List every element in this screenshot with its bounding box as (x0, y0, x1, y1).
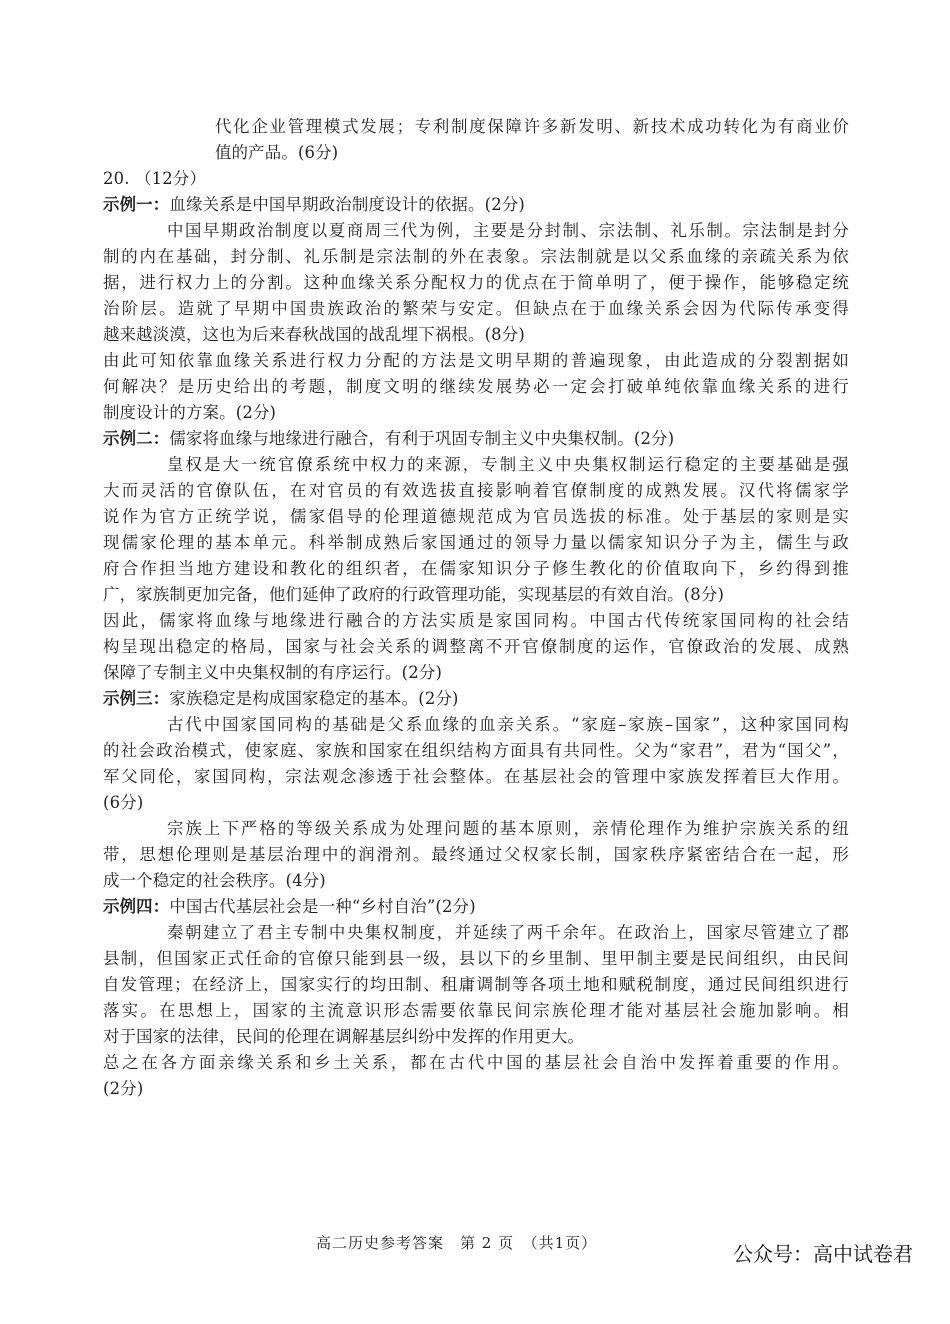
paragraph-line: 宗族上下严格的等级关系成为处理问题的基本原则，亲情伦理作为维护宗族关系的纽 (103, 816, 849, 842)
example-1-thesis: 示例一：血缘关系是中国早期政治制度设计的依据。(2分) (103, 192, 849, 218)
question-number: 20. （12分） (103, 166, 849, 192)
paragraph-line: 落实。在思想上，国家的主流意识形态需要依靠民间宗族伦理才能对基层社会施加影响。相 (103, 998, 849, 1024)
example-3-thesis: 示例三：家族稳定是构成国家稳定的基本。(2分) (103, 686, 849, 712)
paragraph-line: 对于国家的法律，民间的伦理在调解基层纠纷中发挥的作用更大。 (103, 1024, 849, 1050)
paragraph-line: 据，进行权力上的分割。这种血缘关系分配权力的优点在于简单明了，便于操作，能够稳定… (103, 270, 849, 296)
paragraph-line: 因此，儒家将血缘与地缘进行融合的方法实质是家国同构。中国古代传统家国同构的社会结 (103, 608, 849, 634)
paragraph-line: 说作为官方正统学说，儒家倡导的伦理道德规范成为官员选拔的标准。处于基层的家则是实 (103, 504, 849, 530)
paragraph-line: 现儒家伦理的基本单元。科举制成熟后家国通过的领导力量以儒家知识分子为主，儒生与政 (103, 530, 849, 556)
example-heading: 示例一： (103, 195, 169, 214)
paragraph-line: 制的内在基础，封分制、礼乐制是宗法制的外在表象。宗法制就是以父系血缘的亲疏关系为… (103, 244, 849, 270)
paragraph-line: (6分) (103, 790, 849, 816)
example-heading: 示例四： (103, 897, 169, 916)
paragraph-line: 治阶层。造就了早期中国贵族政治的繁荣与安定。但缺点在于血缘关系会因为代际传承变得 (103, 296, 849, 322)
paragraph-line: 大而灵活的官僚队伍，在对官员的有效选拔直接影响着官僚制度的成熟发展。汉代将儒家学 (103, 478, 849, 504)
paragraph-line: 广，家族制更加完备，他们延伸了政府的行政管理功能，实现基层的有效自治。(8分) (103, 582, 849, 608)
paragraph-line: 自发管理；在经济上，国家实行的均田制、租庸调制等各项土地和赋税制度，通过民间组织… (103, 972, 849, 998)
paragraph-line: (2分) (103, 1076, 849, 1102)
paragraph-line: 古代中国家国同构的基础是父系血缘的血亲关系。“家庭–家族–国家”，这种家国同构 (103, 712, 849, 738)
paragraph-line: 构呈现出稳定的格局，国家与社会关系的调整离不开官僚制度的运作，官僚政治的发展、成… (103, 634, 849, 660)
paragraph-line: 由此可知依靠血缘关系进行权力分配的方法是文明早期的普遍现象，由此造成的分裂割据如 (103, 348, 849, 374)
intro-line: 值的产品。(6分) (103, 140, 849, 166)
paragraph-line: 越来越淡漠，这也为后来春秋战国的战乱埋下祸根。(8分) (103, 322, 849, 348)
example-2-thesis: 示例二：儒家将血缘与地缘进行融合，有利于巩固专制主义中央集权制。(2分) (103, 426, 849, 452)
paragraph-line: 县制，但国家正式任命的官僚只能到县一级，县以下的乡里制、里甲制主要是民间组织，由… (103, 946, 849, 972)
paragraph-line: 中国早期政治制度以夏商周三代为例，主要是分封制、宗法制、礼乐制。宗法制是封分 (103, 218, 849, 244)
paragraph-line: 的社会政治模式，使家庭、家族和国家在组织结构方面具有共同性。父为“家君”，君为“… (103, 738, 849, 764)
example-4-thesis: 示例四：中国古代基层社会是一种“乡村自治”(2分) (103, 894, 849, 920)
watermark: 公众号：高中试卷君 (733, 1238, 913, 1267)
example-heading: 示例三： (103, 689, 169, 708)
paragraph-line: 制度设计的方案。(2分) (103, 400, 849, 426)
paragraph-line: 秦朝建立了君主专制中央集权制度，并延续了两千余年。在政治上，国家尽管建立了郡 (103, 920, 849, 946)
paragraph-line: 保障了专制主义中央集权制的有序运行。(2分) (103, 660, 849, 686)
paragraph-line: 府合作担当地方建设和教化的组织者，在儒家知识分子修生教化的价值取向下，乡约得到推 (103, 556, 849, 582)
paragraph-line: 成一个稳定的社会秩序。(4分) (103, 868, 849, 894)
paragraph-line: 何解决？是历史给出的考题，制度文明的继续发展势必一定会打破单纯依靠血缘关系的进行 (103, 374, 849, 400)
paragraph-line: 总之在各方面亲缘关系和乡土关系，都在古代中国的基层社会自治中发挥着重要的作用。 (103, 1050, 849, 1076)
paragraph-line: 军父同伦，家国同构，宗法观念渗透于社会整体。在基层社会的管理中家族发挥着巨大作用… (103, 764, 849, 790)
intro-line: 代化企业管理模式发展；专利制度保障许多新发明、新技术成功转化为有商业价 (103, 114, 849, 140)
example-heading: 示例二： (103, 429, 169, 448)
paragraph-line: 皇权是大一统官僚系统中权力的来源，专制主义中央集权制运行稳定的主要基础是强 (103, 452, 849, 478)
page-footer: 高二历史参考答案 第 2 页 （共1页） (316, 1232, 597, 1253)
paragraph-line: 带，思想伦理则是基层治理中的润滑剂。最终通过父权家长制，国家秩序紧密结合在一起，… (103, 842, 849, 868)
answer-document: 代化企业管理模式发展；专利制度保障许多新发明、新技术成功转化为有商业价 值的产品… (103, 114, 849, 1102)
